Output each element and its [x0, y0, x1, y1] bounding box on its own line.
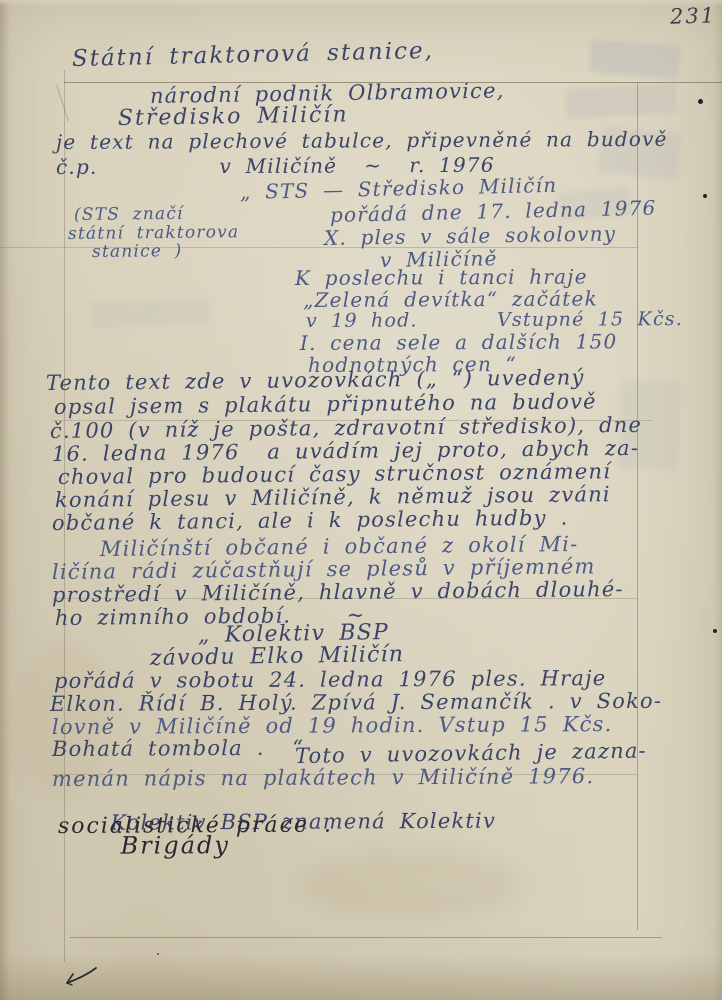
handwritten-line: č.p. v Miličíně ~ r. 1976 — [56, 155, 495, 177]
paragraph-line: prostředí v Miličíně, hlavně v dobách dl… — [52, 579, 624, 606]
poster-quote-line: v 19 hod. Vstupné 15 Kčs. — [306, 310, 683, 331]
manuscript-page: 231 Státní traktorová stanice, národní p… — [0, 0, 722, 1000]
ink-speck — [157, 953, 159, 955]
poster-quote-line: lovně v Miličíně od 19 hodin. Vstup 15 K… — [52, 714, 613, 738]
margin-note-line: stanice ) — [92, 243, 183, 261]
margin-note-line: (STS značí — [74, 206, 184, 224]
pencil-mark-diagonal — [56, 85, 69, 121]
paragraph-line: občané k tanci, ale i k poslechu hudby . — [52, 508, 569, 534]
poster-quote-line: „Zelená devítka“ začátek — [303, 288, 598, 310]
poster-quote-line: pořádá v sobotu 24. ledna 1976 ples. Hra… — [54, 668, 606, 692]
closing-line: menán nápis na plakátech v Miličíně 1976… — [52, 766, 594, 790]
bleedthrough-artifact — [90, 298, 211, 328]
bleedthrough-artifact — [565, 83, 676, 119]
poster-quote-line: K poslechu i tanci hraje — [295, 266, 588, 288]
ink-dot — [703, 194, 707, 198]
poster-quote-line: X. ples v sále sokolovny — [324, 223, 617, 248]
handwritten-line: Středisko Miličín — [118, 104, 349, 130]
checkmark-icon — [58, 964, 100, 996]
handwritten-line: Státní traktorová stanice, — [72, 40, 434, 71]
handwritten-line: je text na plechové tabulce, připevněné … — [56, 129, 668, 152]
poster-quote-line: závodu Elko Miličín — [150, 644, 405, 670]
ink-dot — [713, 629, 717, 633]
bleedthrough-artifact — [589, 39, 681, 79]
closing-line: Toto v uvozovkách je zazna- — [295, 740, 647, 767]
closing-line: socialistické práce . — [58, 815, 333, 838]
poster-quote-line: I. cena sele a dalších 150 — [300, 331, 617, 353]
pencil-rule-bottom — [70, 937, 662, 938]
margin-note-line: státní traktorova — [68, 224, 239, 243]
ink-dot — [698, 99, 703, 104]
poster-quote-line: Bohatá tombola . “ — [52, 738, 304, 760]
page-number: 231 — [670, 3, 717, 29]
